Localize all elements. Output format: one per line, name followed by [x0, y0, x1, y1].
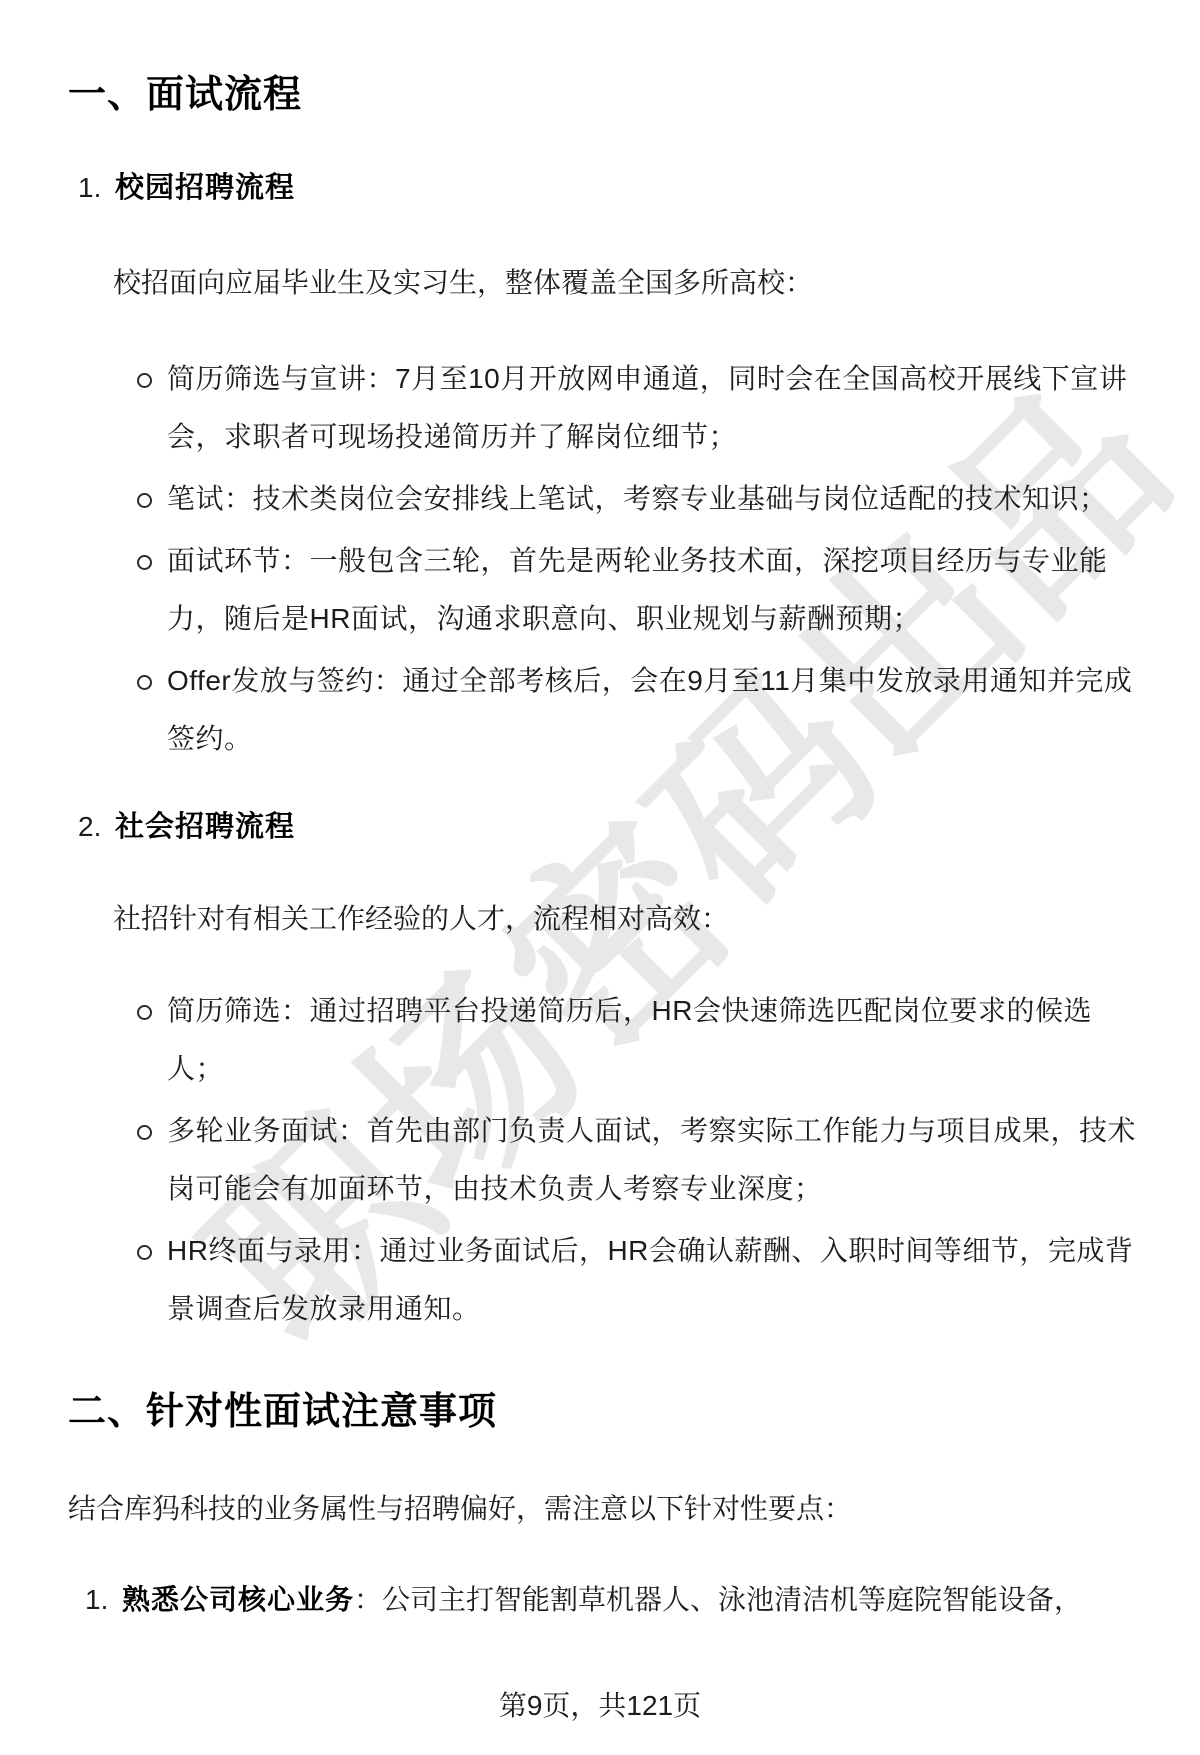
bullet-text: 简历筛选与宣讲：7月至10月开放网申通道，同时会在全国高校开展线下宣讲会，求职者… — [167, 350, 1138, 466]
bullet-text: 简历筛选：通过招聘平台投递简历后，HR会快速筛选匹配岗位要求的候选人； — [167, 982, 1138, 1098]
item-title: 校园招聘流程 — [115, 170, 295, 206]
numbered-item-social: 2. 社会招聘流程 — [78, 809, 1138, 845]
numbered-item-core-business: 1. 熟悉公司核心业务：公司主打智能割草机器人、泳池清洁机等庭院智能设备， — [85, 1582, 1138, 1618]
page-footer: 第9页，共121页 — [0, 1688, 1200, 1724]
list-item: HR终面与录用：通过业务面试后，HR会确认薪酬、入职时间等细节，完成背景调查后发… — [137, 1222, 1138, 1338]
item-title-rest: ：公司主打智能割草机器人、泳池清洁机等庭院智能设备， — [354, 1584, 1082, 1615]
list-item: 面试环节：一般包含三轮，首先是两轮业务技术面，深挖项目经历与专业能力，随后是HR… — [137, 532, 1138, 648]
list-item: 简历筛选：通过招聘平台投递简历后，HR会快速筛选匹配岗位要求的候选人； — [137, 982, 1138, 1098]
social-intro-paragraph: 社招针对有相关工作经验的人才，流程相对高效： — [113, 902, 1138, 936]
bullet-text: 笔试：技术类岗位会安排线上笔试，考察专业基础与岗位适配的技术知识； — [167, 470, 1138, 528]
list-item: 简历筛选与宣讲：7月至10月开放网申通道，同时会在全国高校开展线下宣讲会，求职者… — [137, 350, 1138, 466]
bullet-text: 面试环节：一般包含三轮，首先是两轮业务技术面，深挖项目经历与专业能力，随后是HR… — [167, 532, 1138, 648]
list-item: Offer发放与签约：通过全部考核后，会在9月至11月集中发放录用通知并完成签约… — [137, 652, 1138, 768]
numbered-item-campus: 1. 校园招聘流程 — [78, 170, 1138, 206]
bullet-circle-icon — [137, 493, 152, 508]
section-1-heading: 一、面试流程 — [68, 75, 1138, 115]
bullet-circle-icon — [137, 555, 152, 570]
item-number: 1. — [85, 1582, 122, 1618]
bullet-circle-icon — [137, 1245, 152, 1260]
item-title-bold: 熟悉公司核心业务 — [122, 1584, 354, 1615]
bullet-text: Offer发放与签约：通过全部考核后，会在9月至11月集中发放录用通知并完成签约… — [167, 652, 1138, 768]
list-item: 笔试：技术类岗位会安排线上笔试，考察专业基础与岗位适配的技术知识； — [137, 470, 1138, 528]
item-text: 熟悉公司核心业务：公司主打智能割草机器人、泳池清洁机等庭院智能设备， — [122, 1582, 1082, 1618]
campus-bullet-list: 简历筛选与宣讲：7月至10月开放网申通道，同时会在全国高校开展线下宣讲会，求职者… — [137, 350, 1138, 768]
campus-intro-paragraph: 校招面向应届毕业生及实习生，整体覆盖全国多所高校： — [113, 266, 1138, 300]
bullet-text: 多轮业务面试：首先由部门负责人面试，考察实际工作能力与项目成果，技术岗可能会有加… — [167, 1102, 1138, 1218]
page-content: 一、面试流程 1. 校园招聘流程 校招面向应届毕业生及实习生，整体覆盖全国多所高… — [0, 0, 1200, 1618]
bullet-circle-icon — [137, 1125, 152, 1140]
list-item: 多轮业务面试：首先由部门负责人面试，考察实际工作能力与项目成果，技术岗可能会有加… — [137, 1102, 1138, 1218]
item-number: 2. — [78, 809, 115, 845]
section-2-heading: 二、针对性面试注意事项 — [68, 1392, 1138, 1432]
bullet-circle-icon — [137, 1005, 152, 1020]
bullet-circle-icon — [137, 675, 152, 690]
item-number: 1. — [78, 170, 115, 206]
document-page: 职场密码出品 一、面试流程 1. 校园招聘流程 校招面向应届毕业生及实习生，整体… — [0, 0, 1200, 1755]
bullet-text: HR终面与录用：通过业务面试后，HR会确认薪酬、入职时间等细节，完成背景调查后发… — [167, 1222, 1138, 1338]
social-bullet-list: 简历筛选：通过招聘平台投递简历后，HR会快速筛选匹配岗位要求的候选人； 多轮业务… — [137, 982, 1138, 1338]
item-title: 社会招聘流程 — [115, 809, 295, 845]
section-2-intro-paragraph: 结合库犸科技的业务属性与招聘偏好，需注意以下针对性要点： — [68, 1492, 1138, 1526]
bullet-circle-icon — [137, 373, 152, 388]
